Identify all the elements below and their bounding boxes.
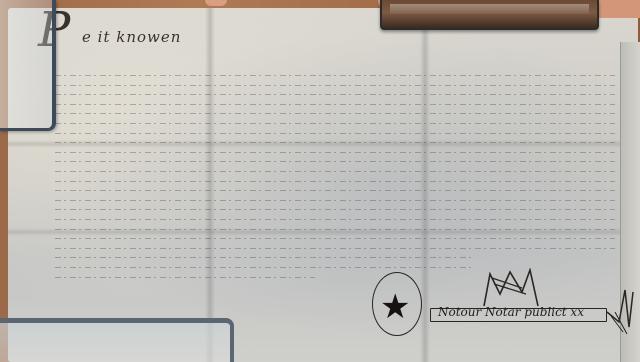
manuscript-line	[55, 195, 615, 204]
glass-weight-bottom	[0, 318, 234, 362]
manuscript-line	[55, 70, 615, 79]
manuscript-line	[55, 224, 615, 233]
ribbon	[205, 0, 227, 6]
manuscript-line	[55, 118, 615, 127]
manuscript-line	[55, 185, 615, 194]
glass-weight-top	[380, 0, 599, 30]
manuscript-body-text	[55, 70, 615, 280]
manuscript-line	[55, 137, 615, 146]
manuscript-line	[55, 80, 615, 89]
manuscript-line	[55, 99, 615, 108]
notary-monogram-icon	[482, 268, 540, 308]
manuscript-line	[55, 147, 615, 156]
notary-signature: Notour Notar publict xx	[438, 305, 584, 319]
manuscript-line	[55, 156, 615, 165]
manuscript-line	[55, 262, 475, 271]
glass-weight-left	[0, 0, 56, 131]
manuscript-line	[55, 166, 615, 175]
manuscript-line	[55, 108, 615, 117]
manuscript-line	[55, 272, 315, 281]
manuscript-line	[55, 176, 615, 185]
manuscript-line	[55, 243, 615, 252]
manuscript-line	[55, 252, 475, 261]
manuscript-line	[55, 128, 615, 137]
incipit-text: e it knowen	[82, 28, 181, 46]
notary-flourish-icon	[605, 282, 635, 342]
manuscript-line	[55, 214, 615, 223]
manuscript-line	[55, 204, 615, 213]
star-signum-icon: ★	[380, 290, 410, 324]
manuscript-line	[55, 89, 615, 98]
manuscript-line	[55, 233, 615, 242]
